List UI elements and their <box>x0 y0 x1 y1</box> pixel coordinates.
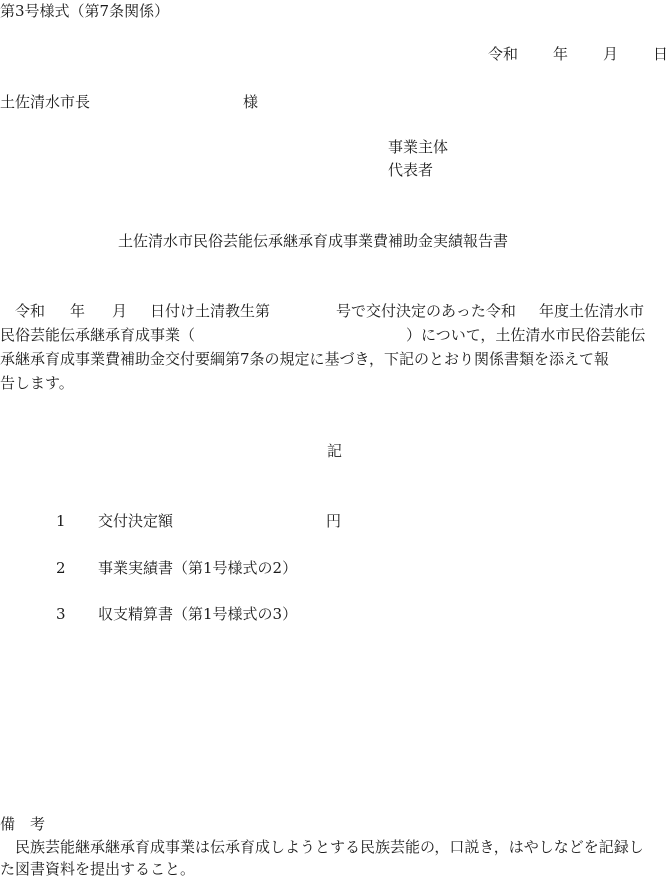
form-number: 第3号様式（第7条関係） <box>0 4 169 19</box>
item-label: 交付決定額 <box>98 514 173 529</box>
entity-label: 事業主体 <box>388 140 448 155</box>
body-day-prefix: 日付け土清教生第 <box>150 304 270 319</box>
item-unit: 円 <box>326 514 341 529</box>
body-era: 令和 <box>15 304 45 319</box>
item-number: 1 <box>56 514 66 529</box>
addressee-honorific: 様 <box>243 95 258 110</box>
date-era: 令和 <box>488 47 518 62</box>
date-year: 年 <box>553 47 568 62</box>
body-line-3: 承継承育成事業費補助金交付要綱第7条の規定に基づき，下記のとおり関係書類を添えて… <box>0 352 666 376</box>
remarks-line-2: た図書資料を提出すること。 <box>0 862 195 877</box>
date-month: 月 <box>603 47 618 62</box>
ki-heading: 記 <box>327 444 342 459</box>
body-line-3-text: 承継承育成事業費補助金交付要綱第7条の規定に基づき，下記のとおり関係書類を添えて… <box>0 352 609 367</box>
body-fiscal-year-suffix: 年度土佐清水市 <box>539 304 644 319</box>
remarks-heading: 備 考 <box>0 817 45 832</box>
representative-label: 代表者 <box>388 163 433 178</box>
document-title: 土佐清水市民俗芸能伝承継承育成事業費補助金実績報告書 <box>118 234 508 249</box>
item-label: 事業実績書（第1号様式の2） <box>98 561 297 576</box>
body-number-suffix: 号で交付決定のあった令和 <box>336 304 516 319</box>
item-number: 3 <box>56 607 66 622</box>
body-line-4-text: 告します。 <box>0 376 74 391</box>
body-month: 月 <box>112 304 127 319</box>
body-line-1: 令和 年 月 日付け土清教生第 号で交付決定のあった令和 年度土佐清水市 <box>0 304 666 328</box>
item-label: 収支精算書（第1号様式の3） <box>98 607 297 622</box>
body-project-prefix: 民俗芸能伝承継承育成事業（ <box>0 328 195 343</box>
addressee-name: 土佐清水市長 <box>0 95 90 110</box>
date-day: 日 <box>653 47 666 62</box>
body-project-suffix: ）について，土佐清水市民俗芸能伝 <box>406 328 645 343</box>
body-year: 年 <box>70 304 85 319</box>
body-line-2: 民俗芸能伝承継承育成事業（ ）について，土佐清水市民俗芸能伝 <box>0 328 666 352</box>
item-number: 2 <box>56 561 66 576</box>
body-line-4: 告します。 <box>0 376 666 400</box>
remarks-line-1: 民族芸能継承継承育成事業は伝承育成しようとする民族芸能の，口説き，はやしなどを記… <box>15 840 644 855</box>
